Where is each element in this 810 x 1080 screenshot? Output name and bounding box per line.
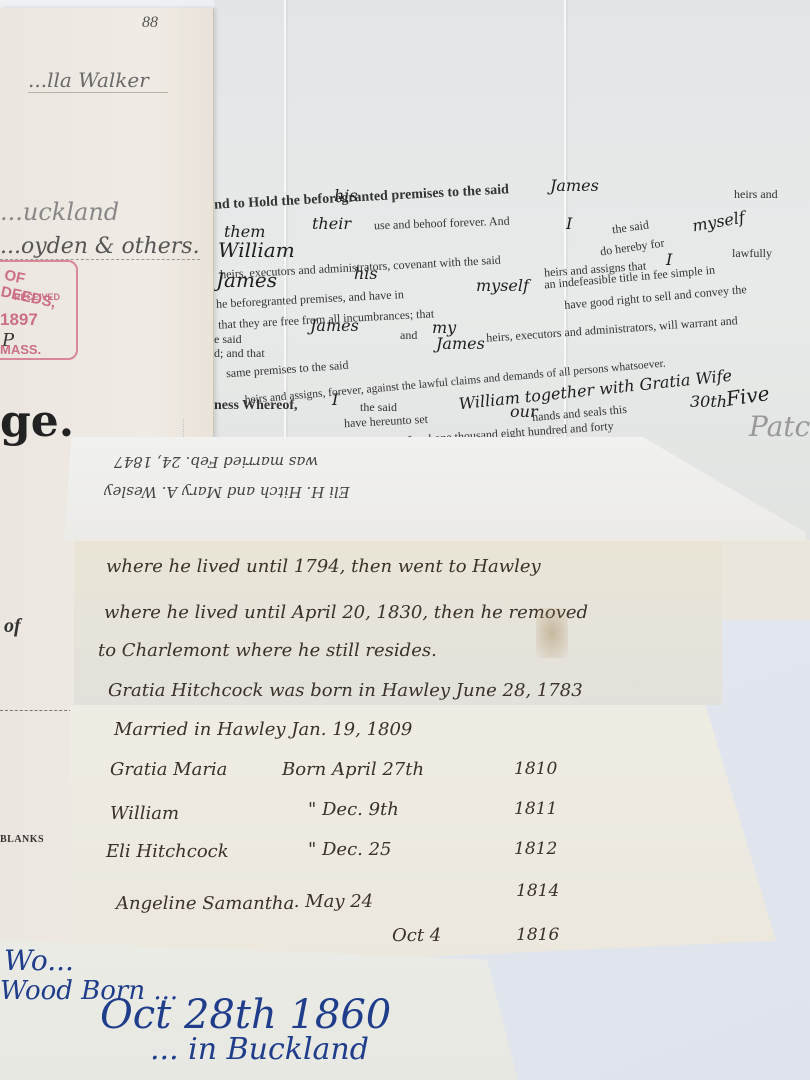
flap-line: was married Feb. 24, 1847 (114, 453, 318, 471)
letter-line: where he lived until April 20, 1830, the… (104, 602, 588, 623)
deed-handwriting: his (354, 264, 378, 283)
letter-bottom-panel: Married in Hawley Jan. 19, 1809 Gratia M… (70, 705, 776, 973)
gothic-heading: ge. (0, 396, 74, 447)
deed-handwriting: his (334, 186, 358, 205)
deed-text-line: and (400, 328, 417, 343)
stamp-state: MASS. (0, 342, 41, 357)
child-birthdate: " Dec. 25 (308, 839, 392, 860)
faint-signature: Patch (749, 410, 810, 443)
deed-handwriting: James (436, 334, 485, 353)
marriage-record: Married in Hawley Jan. 19, 1809 (114, 719, 412, 740)
stamp-year: 1897 (0, 310, 38, 330)
ink-stain (536, 608, 568, 658)
pencil-note: ...oyden & others. (0, 234, 200, 260)
letter-line: Gratia Hitchcock was born in Hawley June… (108, 680, 583, 701)
deed-handwriting: James (550, 176, 599, 195)
deed-text-line: d; and that (214, 346, 265, 361)
blue-ink-card: Wo... Wood Born ... Oct 28th 1860 ... in… (0, 940, 518, 1080)
printer-footer: BLANKS (0, 834, 44, 845)
card-line: ... in Buckland (150, 1032, 369, 1067)
deed-handwriting: myself (476, 276, 529, 295)
deed-handwriting: I (332, 390, 338, 409)
child-name: William (110, 803, 179, 824)
pencil-note: ...lla Walker (28, 68, 168, 93)
letter-line: to Charlemont where he still resides. (98, 640, 437, 661)
deed-handwriting: William (218, 238, 295, 262)
child-birthyear: 1816 (516, 925, 559, 945)
registry-stamp: OF DEEDS, RECEIVED 1897 P MASS. (0, 260, 78, 360)
deed-text-line: lawfully (732, 246, 772, 261)
stamp-text: RECEIVED (14, 292, 60, 302)
deed-text-line: have hereunto set (344, 412, 429, 431)
deed-text-line: e said (214, 332, 242, 347)
dashed-rule (0, 710, 72, 711)
deed-text-line: heirs and (734, 187, 778, 202)
deed-handwriting: James (216, 268, 277, 292)
card-line: Wo... (4, 944, 74, 977)
child-birthyear: 1812 (514, 839, 557, 859)
deed-text-line: the said (611, 217, 650, 237)
child-birthyear: 1811 (514, 799, 557, 819)
deed-text-line: heirs, executors and administrators, wil… (486, 313, 738, 346)
vertical-print: ............ (176, 288, 190, 448)
letter-line: where he lived until 1794, then went to … (106, 556, 541, 577)
deed-handwriting: myself (691, 208, 746, 236)
deed-text-line: same premises to the said (226, 358, 349, 382)
deed-handwriting: their (312, 214, 351, 233)
child-birthyear: 1810 (514, 759, 557, 779)
child-name: Eli Hitchcock (106, 841, 229, 862)
child-name: Gratia Maria (110, 759, 227, 780)
child-name: Angeline Samantha (116, 893, 294, 914)
child-birthdate: Oct 4 (392, 925, 441, 946)
letter-top-panel: where he lived until 1794, then went to … (74, 540, 722, 705)
child-birthyear: 1814 (516, 881, 559, 901)
deed-handwriting: James (310, 316, 359, 335)
deed-text-line: ness Whereof, (214, 398, 297, 413)
flap-line: Eli H. Hitch and Mary A. Wesley (104, 483, 350, 501)
page-number: 88 (142, 14, 158, 32)
child-birthdate: " Dec. 9th (308, 799, 399, 820)
deed-handwriting: Five (725, 381, 771, 411)
deed-handwriting: 30th (690, 392, 727, 411)
deed-text-line: use and behoof forever. And (374, 214, 510, 234)
stamp-text: OF DEEDS, (0, 267, 79, 316)
deed-text-line: do hereby for (599, 236, 665, 260)
deed-handwriting: I (566, 214, 572, 233)
pencil-note: ...uckland (0, 198, 119, 226)
child-birthdate: .. May 24 (288, 891, 373, 912)
under-sheet (720, 540, 810, 620)
child-birthdate: Born April 27th (282, 759, 424, 780)
print-word: of (4, 615, 21, 638)
deed-text-line: nd to Hold the beforegranted premises to… (214, 182, 509, 213)
